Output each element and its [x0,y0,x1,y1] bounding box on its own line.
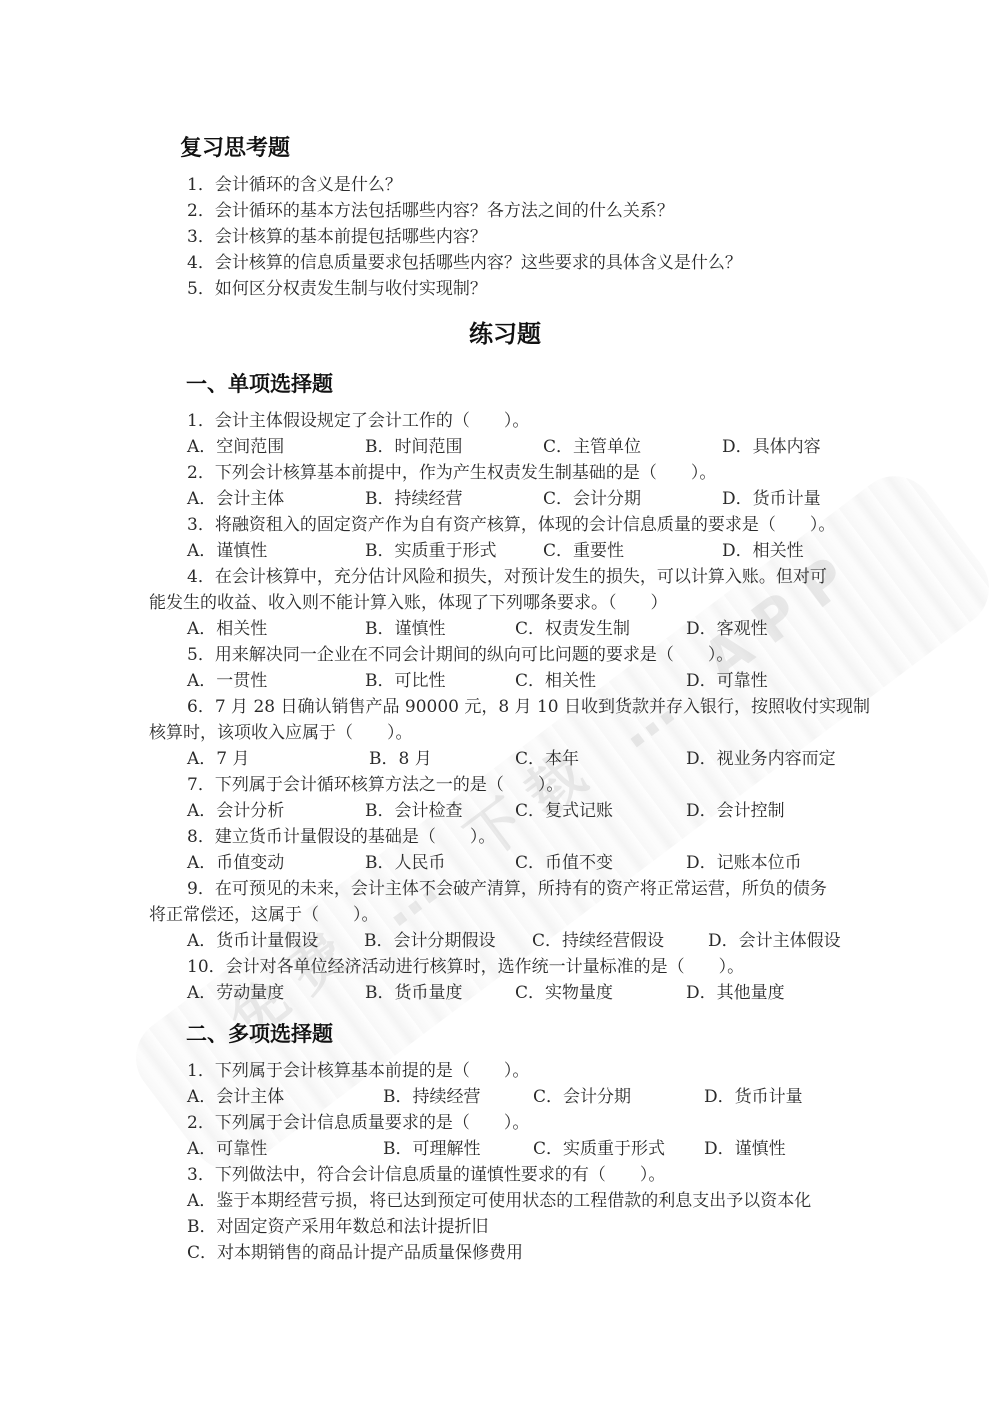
option: A．鉴于本期经营亏损，将已达到预定可使用状态的工程借款的利息支出予以资本化 [187,1190,811,1212]
option: C．会计分期 [543,488,641,510]
option: C．权责发生制 [515,618,630,640]
single-choice-title: 一、单项选择题 [186,368,333,398]
question-stem: 7．下列属于会计循环核算方法之一的是（ ）。 [187,774,563,796]
option: C．币值不变 [515,852,613,874]
option: A．相关性 [187,618,267,640]
option: A．一贯性 [187,670,267,692]
option: A．空间范围 [187,436,284,458]
option: A．谨慎性 [187,540,267,562]
question-stem: 9．在可预见的未来，会计主体不会破产清算，所持有的资产将正常运营，所负的债务 [187,878,827,900]
option: D．会计主体假设 [708,930,841,952]
document-page: 免费 … 下载 … APP 复习思考题 1．会计循环的含义是什么？ 2．会计循环… [0,0,993,1404]
option: D．货币计量 [704,1086,803,1108]
question-stem-continued: 能发生的收益、收入则不能计算入账，体现了下列哪条要求。（ ） [149,592,668,614]
review-title: 复习思考题 [180,131,290,162]
question-stem: 10．会计对各单位经济活动进行核算时，选作统一计量标准的是（ ）。 [187,956,744,978]
option: A．可靠性 [187,1138,267,1160]
option: A．货币计量假设 [187,930,318,952]
question-stem: 2．下列属于会计信息质量要求的是（ ）。 [187,1112,529,1134]
option: C．相关性 [515,670,596,692]
question-stem: 5．用来解决同一企业在不同会计期间的纵向可比问题的要求是（ ）。 [187,644,733,666]
question-stem: 2．下列会计核算基本前提中，作为产生权责发生制基础的是（ ）。 [187,462,716,484]
option: C．会计分期 [533,1086,631,1108]
option: C．本年 [515,748,579,770]
question-stem-continued: 将正常偿还，这属于（ ）。 [149,904,379,926]
question-stem: 1．下列属于会计核算基本前提的是（ ）。 [187,1060,529,1082]
option: D．其他量度 [686,982,785,1004]
option: A．币值变动 [187,852,284,874]
option: D．客观性 [686,618,768,640]
option: B．会计检查 [365,800,463,822]
question-stem: 6．7 月 28 日确认销售产品 90000 元，8 月 10 日收到货款并存入… [187,696,870,718]
question-stem: 4．在会计核算中，充分估计风险和损失，对预计发生的损失，可以计算入账。但对可 [187,566,827,588]
option: C．对本期销售的商品计提产品质量保修费用 [187,1242,523,1264]
option: B．8 月 [369,748,432,770]
review-question: 5．如何区分权责发生制与收付实现制？ [187,278,487,300]
question-stem-continued: 核算时，该项收入应属于（ ）。 [149,722,413,744]
review-question: 3．会计核算的基本前提包括哪些内容？ [187,226,487,248]
multiple-choice-title: 二、多项选择题 [186,1018,333,1048]
review-question: 4．会计核算的信息质量要求包括哪些内容？这些要求的具体含义是什么？ [187,252,742,274]
review-question: 2．会计循环的基本方法包括哪些内容？各方法之间的什么关系？ [187,200,674,222]
option: D．会计控制 [686,800,785,822]
question-stem: 3．将融资租入的固定资产作为自有资产核算，体现的会计信息质量的要求是（ ）。 [187,514,835,536]
question-stem: 3．下列做法中，符合会计信息质量的谨慎性要求的有（ ）。 [187,1164,665,1186]
option: A．劳动量度 [187,982,284,1004]
option: B．对固定资产采用年数总和法计提折旧 [187,1216,489,1238]
option: D．货币计量 [722,488,821,510]
option: B．货币量度 [365,982,463,1004]
option: B．时间范围 [365,436,463,458]
option: B．人民币 [365,852,446,874]
option: A．会计主体 [187,488,284,510]
option: B．持续经营 [383,1086,481,1108]
option: D．相关性 [722,540,804,562]
option: A．7 月 [187,748,250,770]
option: C．实质重于形式 [533,1138,665,1160]
option: C．主管单位 [543,436,641,458]
option: D．可靠性 [686,670,768,692]
option: B．可理解性 [383,1138,481,1160]
option: C．重要性 [543,540,624,562]
review-question: 1．会计循环的含义是什么？ [187,174,402,196]
option: B．实质重于形式 [365,540,497,562]
exercises-title: 练习题 [0,314,993,349]
option: B．持续经营 [365,488,463,510]
question-stem: 8．建立货币计量假设的基础是（ ）。 [187,826,495,848]
question-stem: 1．会计主体假设规定了会计工作的（ ）。 [187,410,529,432]
option: D．记账本位币 [686,852,802,874]
option: D．视业务内容而定 [686,748,836,770]
option: D．谨慎性 [704,1138,786,1160]
option: B．会计分期假设 [364,930,496,952]
option: B．谨慎性 [365,618,446,640]
option: C．持续经营假设 [532,930,664,952]
option: C．实物量度 [515,982,613,1004]
option: D．具体内容 [722,436,821,458]
option: A．会计主体 [187,1086,284,1108]
option: A．会计分析 [187,800,284,822]
option: B．可比性 [365,670,446,692]
option: C．复式记账 [515,800,613,822]
